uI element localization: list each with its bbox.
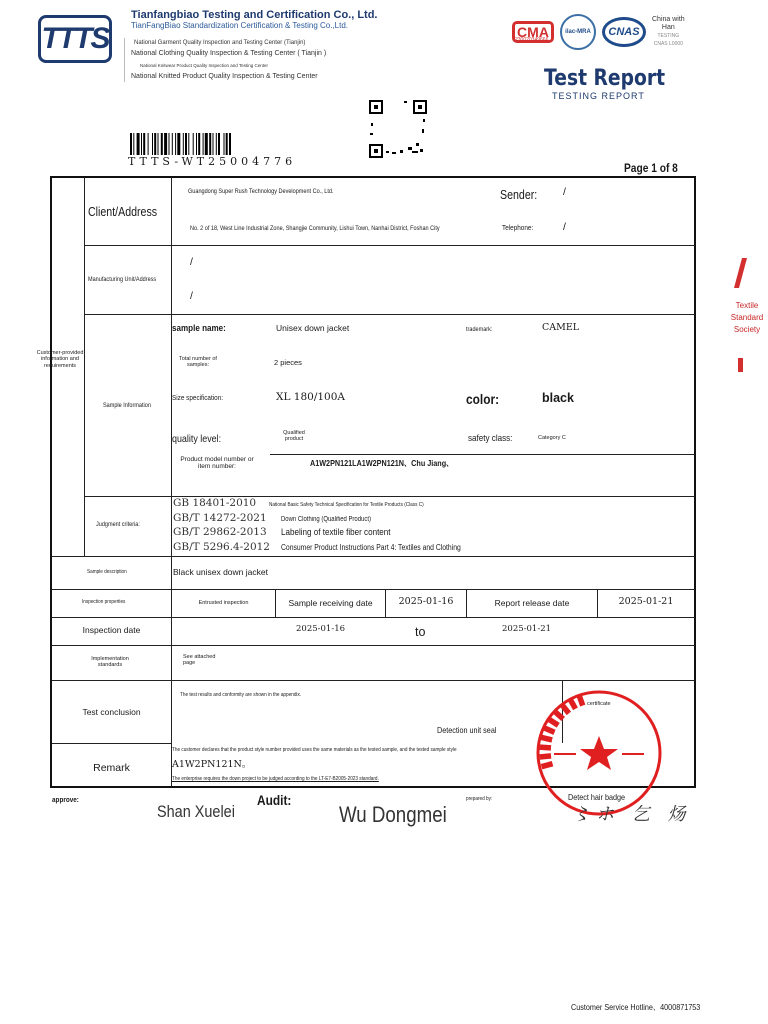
remark-line-1: The customer declares that the product s…	[172, 747, 457, 753]
sample-info-label: Sample Information	[103, 402, 151, 409]
telephone-value: /	[563, 221, 566, 233]
audit-label: Audit:	[257, 792, 291, 808]
total-samples-value: 2 pieces	[274, 359, 302, 368]
company-name: Tianfangbiao Testing and Certification C…	[131, 9, 378, 21]
handwritten-signature: 〻ホ 乞 炀	[572, 800, 691, 826]
color-value: black	[542, 391, 574, 405]
sender-label: Sender:	[500, 188, 537, 202]
criteria-row: GB/T 5296.4-2012Consumer Product Instruc…	[173, 541, 493, 556]
company-name-alt: TianFangBiao Standardization Certificati…	[131, 21, 348, 30]
cnas-note: China with Han TESTING CNAS L0000	[652, 16, 685, 48]
judgment-criteria-label: Judgment criteria:	[96, 521, 140, 528]
quality-level-value: Qualified product	[278, 430, 310, 443]
implementation-value: See attached page	[183, 654, 223, 667]
criteria-description: Down Clothing (Qualified Product)	[281, 516, 371, 523]
criteria-description: National Basic Safety Technical Specific…	[269, 502, 424, 508]
manufacturing-label: Manufacturing Unit/Address	[88, 276, 156, 283]
divider	[84, 314, 695, 315]
svg-text:▮▮▮▮▮▮▮▮▮▮: ▮▮▮▮▮▮▮▮▮▮	[535, 689, 588, 772]
report-title: Test Report	[544, 66, 665, 91]
divider	[171, 178, 172, 786]
report-subtitle: TESTING REPORT	[552, 91, 645, 101]
manufacturing-value-1: /	[190, 256, 193, 268]
report-release-date: 2025-01-21	[598, 597, 694, 608]
center-name-4: National Knitted Product Quality Inspect…	[131, 73, 318, 80]
sample-receiving-date: 2025-01-16	[386, 597, 466, 608]
divider	[52, 589, 695, 590]
client-address-label: Client/Address	[88, 205, 157, 219]
approve-label: approve:	[52, 796, 79, 805]
remark-label: Remark	[52, 762, 171, 774]
divider	[84, 245, 695, 246]
criteria-code: GB/T 29862-2013	[173, 526, 281, 538]
telephone-label: Telephone:	[502, 224, 533, 233]
cnas-logo: CNAS	[602, 17, 646, 47]
judgment-criteria-list: GB 18401-2010National Basic Safety Techn…	[173, 497, 493, 555]
prepared-by-label: prepared by:	[466, 796, 492, 802]
page-indicator: Page 1 of 8	[624, 161, 678, 175]
divider	[52, 680, 695, 681]
inspection-date-label: Inspection date	[52, 626, 171, 636]
trademark-value: CAMEL	[542, 323, 579, 334]
size-value: XL 180/100A	[276, 391, 345, 403]
criteria-code: GB/T 5296.4-2012	[173, 541, 281, 553]
divider	[52, 556, 695, 557]
remark-line-2: A1W2PN121N。	[172, 760, 251, 771]
sample-description-value: Black unisex down jacket	[173, 568, 268, 578]
inspection-properties-value: Entrusted inspection	[172, 600, 275, 606]
total-samples-label: Total number of samples:	[176, 356, 220, 369]
criteria-description: Consumer Product Instructions Part 4: Te…	[281, 543, 461, 552]
safety-class-label: safety class:	[468, 434, 512, 445]
size-label: Size specification:	[172, 394, 223, 403]
report-number: TTTS-WT25004776	[128, 155, 296, 168]
test-conclusion-text: The test results and conformity are show…	[180, 692, 301, 698]
sample-name-value: Unisex down jacket	[276, 324, 349, 334]
header-divider	[124, 38, 125, 82]
divider	[52, 743, 172, 744]
cma-number: 230020349666	[515, 37, 548, 43]
trademark-label: trademark:	[466, 326, 492, 333]
inspection-properties-label: Inspection properties	[82, 599, 125, 605]
test-conclusion-label: Test conclusion	[52, 708, 171, 718]
criteria-row: GB/T 29862-2013Labeling of textile fiber…	[173, 526, 493, 541]
sample-name-label: sample name:	[172, 324, 226, 335]
model-number-value: A1W2PN121LA1W2PN121N、Chu Jiang、	[310, 459, 453, 469]
detection-unit-seal-label: Detection unit seal	[437, 726, 496, 736]
divider	[52, 617, 695, 618]
auditor-name: Wu Dongmei	[339, 802, 447, 827]
criteria-description: Labeling of textile fiber content	[281, 527, 391, 538]
color-label: color:	[466, 391, 499, 407]
customer-provided-label: Customer-provided information and requir…	[30, 350, 90, 369]
sender-value: /	[563, 186, 566, 198]
manufacturing-value-2: /	[190, 290, 193, 302]
inspection-date-to-label: to	[415, 625, 425, 639]
criteria-code: GB/T 14272-2021	[173, 512, 281, 524]
barcode	[130, 133, 300, 155]
report-release-label: Report release date	[467, 599, 597, 609]
criteria-row: GB 18401-2010National Basic Safety Techn…	[173, 497, 493, 512]
criteria-code: GB 18401-2010	[173, 497, 269, 509]
company-logo: TTTS	[38, 15, 112, 63]
implementation-label: Implementation standards	[80, 656, 140, 669]
approver-name: Shan Xuelei	[157, 802, 235, 822]
center-name-2: National Clothing Quality Inspection & T…	[131, 50, 326, 57]
ilac-mra-logo: ilac-MRA	[560, 14, 596, 50]
inspection-date-from: 2025-01-16	[296, 625, 345, 635]
side-seal: TextileStandardSociety	[726, 258, 768, 372]
safety-class-value: Category C	[538, 435, 566, 441]
client-address: No. 2 of 18, West Line Industrial Zone, …	[190, 225, 440, 232]
inspection-date-to: 2025-01-21	[502, 625, 551, 635]
quality-level-label: quality level:	[172, 433, 221, 445]
customer-service-hotline: Customer Service Hotline、4000871753	[571, 1003, 700, 1013]
center-name-1: National Garment Quality Inspection and …	[134, 40, 305, 46]
client-name: Guangdong Super Rush Technology Developm…	[188, 188, 333, 195]
criteria-row: GB/T 14272-2021Down Clothing (Qualified …	[173, 512, 493, 527]
center-name-3: National Knitwear Product Quality Inspec…	[140, 63, 268, 68]
sample-description-label: Sample description	[87, 569, 127, 575]
qr-code	[368, 99, 428, 159]
remark-line-3: The enterprise requires the down project…	[172, 776, 379, 782]
divider	[270, 454, 695, 455]
model-number-label: Product model number or item number:	[174, 456, 260, 471]
sample-receiving-label: Sample receiving date	[276, 599, 385, 609]
certification-logos: CMA ilac-MRA CNAS China with Han TESTING…	[512, 14, 685, 50]
divider	[52, 645, 695, 646]
